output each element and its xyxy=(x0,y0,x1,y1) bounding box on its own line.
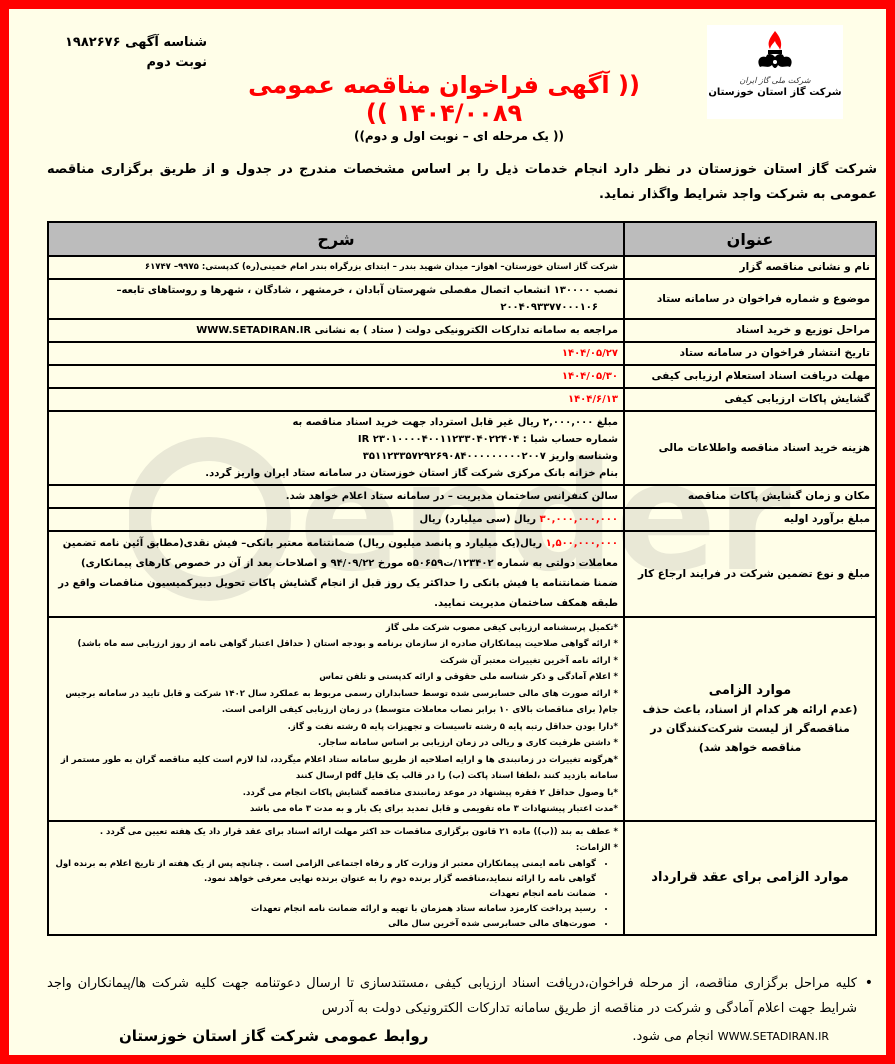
list-item: *تکمیل پرسشنامه ارزیابی کیفی مصوب شرکت م… xyxy=(54,620,618,637)
contract-requirements-list: گواهی نامه ایمنی پیمانکاران معتبر از وزا… xyxy=(54,857,618,932)
fee-note-line: بنام خزانه بانک مرکزی شرکت گاز استان خوز… xyxy=(54,465,618,482)
deposit-id-line: وشناسه واریز ۳۵۱۱۲۳۳۵۷۲۹۲۶۹۰۸۴۰۰۰۰۰۰۰۰۰۲… xyxy=(54,448,618,465)
row-value: مبلغ ۲,۰۰۰,۰۰۰ ریال غیر قابل استرداد جهت… xyxy=(48,411,624,485)
row-key: موضوع و شماره فراخوان در سامانه ستاد xyxy=(624,279,876,319)
list-item: *هرگونه تغییرات در زمانبندی ها و ارایه ا… xyxy=(54,752,618,785)
table-row: موارد الزامی برای عقد قرارداد * عطف به ب… xyxy=(48,821,876,935)
row-value: نصب ۱۳۰۰۰۰ انشعاب اتصال مفصلی شهرستان آب… xyxy=(48,279,624,319)
list-item: گواهی نامه ایمنی پیمانکاران معتبر از وزا… xyxy=(54,857,596,887)
list-item: * داشتن ظرفیت کاری و ریالی در زمان ارزیا… xyxy=(54,735,618,752)
guarantee-amount: ۱,۵۰۰,۰۰۰,۰۰۰ xyxy=(546,538,618,549)
call-number: ۲۰۰۴۰۹۳۳۷۷۰۰۰۱۰۶ xyxy=(54,299,618,316)
contract-requirements-label: * الزامات: xyxy=(54,840,618,857)
fee-line: مبلغ ۲,۰۰۰,۰۰۰ ریال غیر قابل استرداد جهت… xyxy=(54,414,618,431)
page-subtitle: (( یک مرحله ای – نوبت اول و دوم)) xyxy=(209,129,709,143)
row-value: ۳۰,۰۰۰,۰۰۰,۰۰۰ ریال (سی میلیارد) ریال xyxy=(48,508,624,531)
row-value: مراجعه به سامانه تدارکات الکترونیکی دولت… xyxy=(48,319,624,342)
logo-nigc-text: شرکت ملی گاز ایران xyxy=(707,76,843,85)
list-item: *مدت اعتبار پیشنهادات ۳ ماه تقویمی و قاب… xyxy=(54,801,618,818)
list-item: * ارائه گواهی صلاحیت پیمانکاران صادره از… xyxy=(54,636,618,653)
ad-id: شناسه آگهی ۱۹۸۲۶۷۶ xyxy=(47,33,207,53)
table-row: مبلغ برآورد اولیه ۳۰,۰۰۰,۰۰۰,۰۰۰ ریال (س… xyxy=(48,508,876,531)
ad-meta: شناسه آگهی ۱۹۸۲۶۷۶ نوبت دوم xyxy=(47,33,207,73)
list-item: * ارائه صورت های مالی حسابرسی شده توسط ح… xyxy=(54,686,618,719)
row-key: مهلت دریافت اسناد استعلام ارزیابی کیفی xyxy=(624,365,876,388)
row-value: *تکمیل پرسشنامه ارزیابی کیفی مصوب شرکت م… xyxy=(48,617,624,821)
list-item: *دارا بودن حداقل رتبه پایه ۵ رشته تاسیسا… xyxy=(54,719,618,736)
row-key: موارد الزامی (عدم ارائه هر کدام از اسناد… xyxy=(624,617,876,821)
company-logo: شرکت ملی گاز ایران شرکت گاز استان خوزستا… xyxy=(707,25,843,119)
list-item: * ارائه نامه آخرین تغییرات معتبر آن شرکت xyxy=(54,653,618,670)
row-value: شرکت گاز استان خوزستان– اهواز– میدان شهی… xyxy=(48,256,624,279)
list-item: * اعلام آمادگی و ذکر شناسه ملی حقوقی و ا… xyxy=(54,669,618,686)
table-header-row: عنوان شرح xyxy=(48,222,876,256)
row-key: هزینه خرید اسناد مناقصه واطلاعات مالی xyxy=(624,411,876,485)
ad-frame: شناسه آگهی ۱۹۸۲۶۷۶ نوبت دوم شرکت ملی گاز… xyxy=(0,0,895,1064)
header-title: عنوان xyxy=(624,222,876,256)
signature: روابط عمومی شرکت گاز استان خوزستان xyxy=(119,1027,428,1045)
row-value: سالن کنفرانس ساختمان مدیریت – در سامانه … xyxy=(48,485,624,508)
row-key: مکان و زمان گشایش پاکات مناقصه xyxy=(624,485,876,508)
guarantee-text: ریال(یک میلیارد و پانصد میلیون ریال) ضما… xyxy=(58,538,618,609)
list-item: صورت‌های مالی حسابرسی شده آخرین سال مالی xyxy=(54,917,596,932)
tender-table: عنوان شرح نام و نشانی مناقصه گزار شرکت گ… xyxy=(47,221,877,936)
logo-company-text: شرکت گاز استان خوزستان xyxy=(707,87,843,98)
intro-paragraph: شرکت گاز استان خوزستان در نظر دارد انجام… xyxy=(47,157,877,207)
footer-done-text: انجام می شود. xyxy=(632,1029,713,1044)
subject-text: نصب ۱۳۰۰۰۰ انشعاب اتصال مفصلی شهرستان آب… xyxy=(54,282,618,299)
table-row: هزینه خرید اسناد مناقصه واطلاعات مالی مب… xyxy=(48,411,876,485)
table-row: نام و نشانی مناقصه گزار شرکت گاز استان خ… xyxy=(48,256,876,279)
footer-done: WWW.SETADIRAN.IR انجام می شود. xyxy=(632,1029,829,1044)
table-row: مهلت دریافت اسناد استعلام ارزیابی کیفی ۱… xyxy=(48,365,876,388)
header-description: شرح xyxy=(48,222,624,256)
contract-requirements-title: موارد الزامی برای عقد قرارداد xyxy=(624,821,876,935)
table-row: مکان و زمان گشایش پاکات مناقصه سالن کنفر… xyxy=(48,485,876,508)
mandatory-title: موارد الزامی xyxy=(630,681,870,700)
table-row: گشایش پاکات ارزیابی کیفی ۱۴۰۴/۶/۱۳ xyxy=(48,388,876,411)
bullet-icon: • xyxy=(865,971,873,996)
mandatory-note: (عدم ارائه هر کدام از اسناد، باعث حذف من… xyxy=(630,700,870,757)
row-value: * عطف به بند ((ب)) ماده ۲۱ قانون برگزاری… xyxy=(48,821,624,935)
table-row: مراحل توزیع و خرید اسناد مراجعه به سامان… xyxy=(48,319,876,342)
list-item: ضمانت نامه انجام تعهدات xyxy=(54,887,596,902)
row-key: مبلغ برآورد اولیه xyxy=(624,508,876,531)
table-row: تاریخ انتشار فراخوان در سامانه ستاد ۱۴۰۴… xyxy=(48,342,876,365)
list-item: *با وصول حداقل ۲ فقره پیشنهاد در موعد زم… xyxy=(54,785,618,802)
opening-date: ۱۴۰۴/۶/۱۳ xyxy=(48,388,624,411)
list-item: رسید پرداخت کارمزد سامانه ستاد همزمان با… xyxy=(54,902,596,917)
ad-round: نوبت دوم xyxy=(47,53,207,73)
page-title: (( آگهی فراخوان مناقصه عمومی ۱۴۰۴/۰۰۸۹ )… xyxy=(184,71,704,127)
row-key: مراحل توزیع و خرید اسناد xyxy=(624,319,876,342)
row-key: مبلغ و نوع تضمین شرکت در فرایند ارجاع کا… xyxy=(624,531,876,617)
deadline-date: ۱۴۰۴/۰۵/۳۰ xyxy=(48,365,624,388)
contract-intro: * عطف به بند ((ب)) ماده ۲۱ قانون برگزاری… xyxy=(54,824,618,841)
footer-note: • کلیه مراحل برگزاری مناقصه، از مرحله فر… xyxy=(47,971,879,1021)
table-row: مبلغ و نوع تضمین شرکت در فرایند ارجاع کا… xyxy=(48,531,876,617)
row-value: ۱,۵۰۰,۰۰۰,۰۰۰ ریال(یک میلیارد و پانصد می… xyxy=(48,531,624,617)
sheba-line: شماره حساب شبا : IR ۲۳۰۱۰۰۰۰۴۰۰۱۱۲۳۳۰۴۰۲… xyxy=(54,431,618,448)
row-key: نام و نشانی مناقصه گزار xyxy=(624,256,876,279)
table-row: موارد الزامی (عدم ارائه هر کدام از اسناد… xyxy=(48,617,876,821)
website-link[interactable]: WWW.SETADIRAN.IR xyxy=(718,1030,829,1043)
estimate-text: ریال (سی میلیارد) ریال xyxy=(419,514,536,525)
publish-date: ۱۴۰۴/۰۵/۲۷ xyxy=(48,342,624,365)
row-key: گشایش پاکات ارزیابی کیفی xyxy=(624,388,876,411)
table-row: موضوع و شماره فراخوان در سامانه ستاد نصب… xyxy=(48,279,876,319)
footer-note-text: کلیه مراحل برگزاری مناقصه، از مرحله فراخ… xyxy=(47,976,857,1016)
flame-logo-icon xyxy=(752,29,798,75)
estimate-amount: ۳۰,۰۰۰,۰۰۰,۰۰۰ xyxy=(539,514,618,525)
row-key: تاریخ انتشار فراخوان در سامانه ستاد xyxy=(624,342,876,365)
